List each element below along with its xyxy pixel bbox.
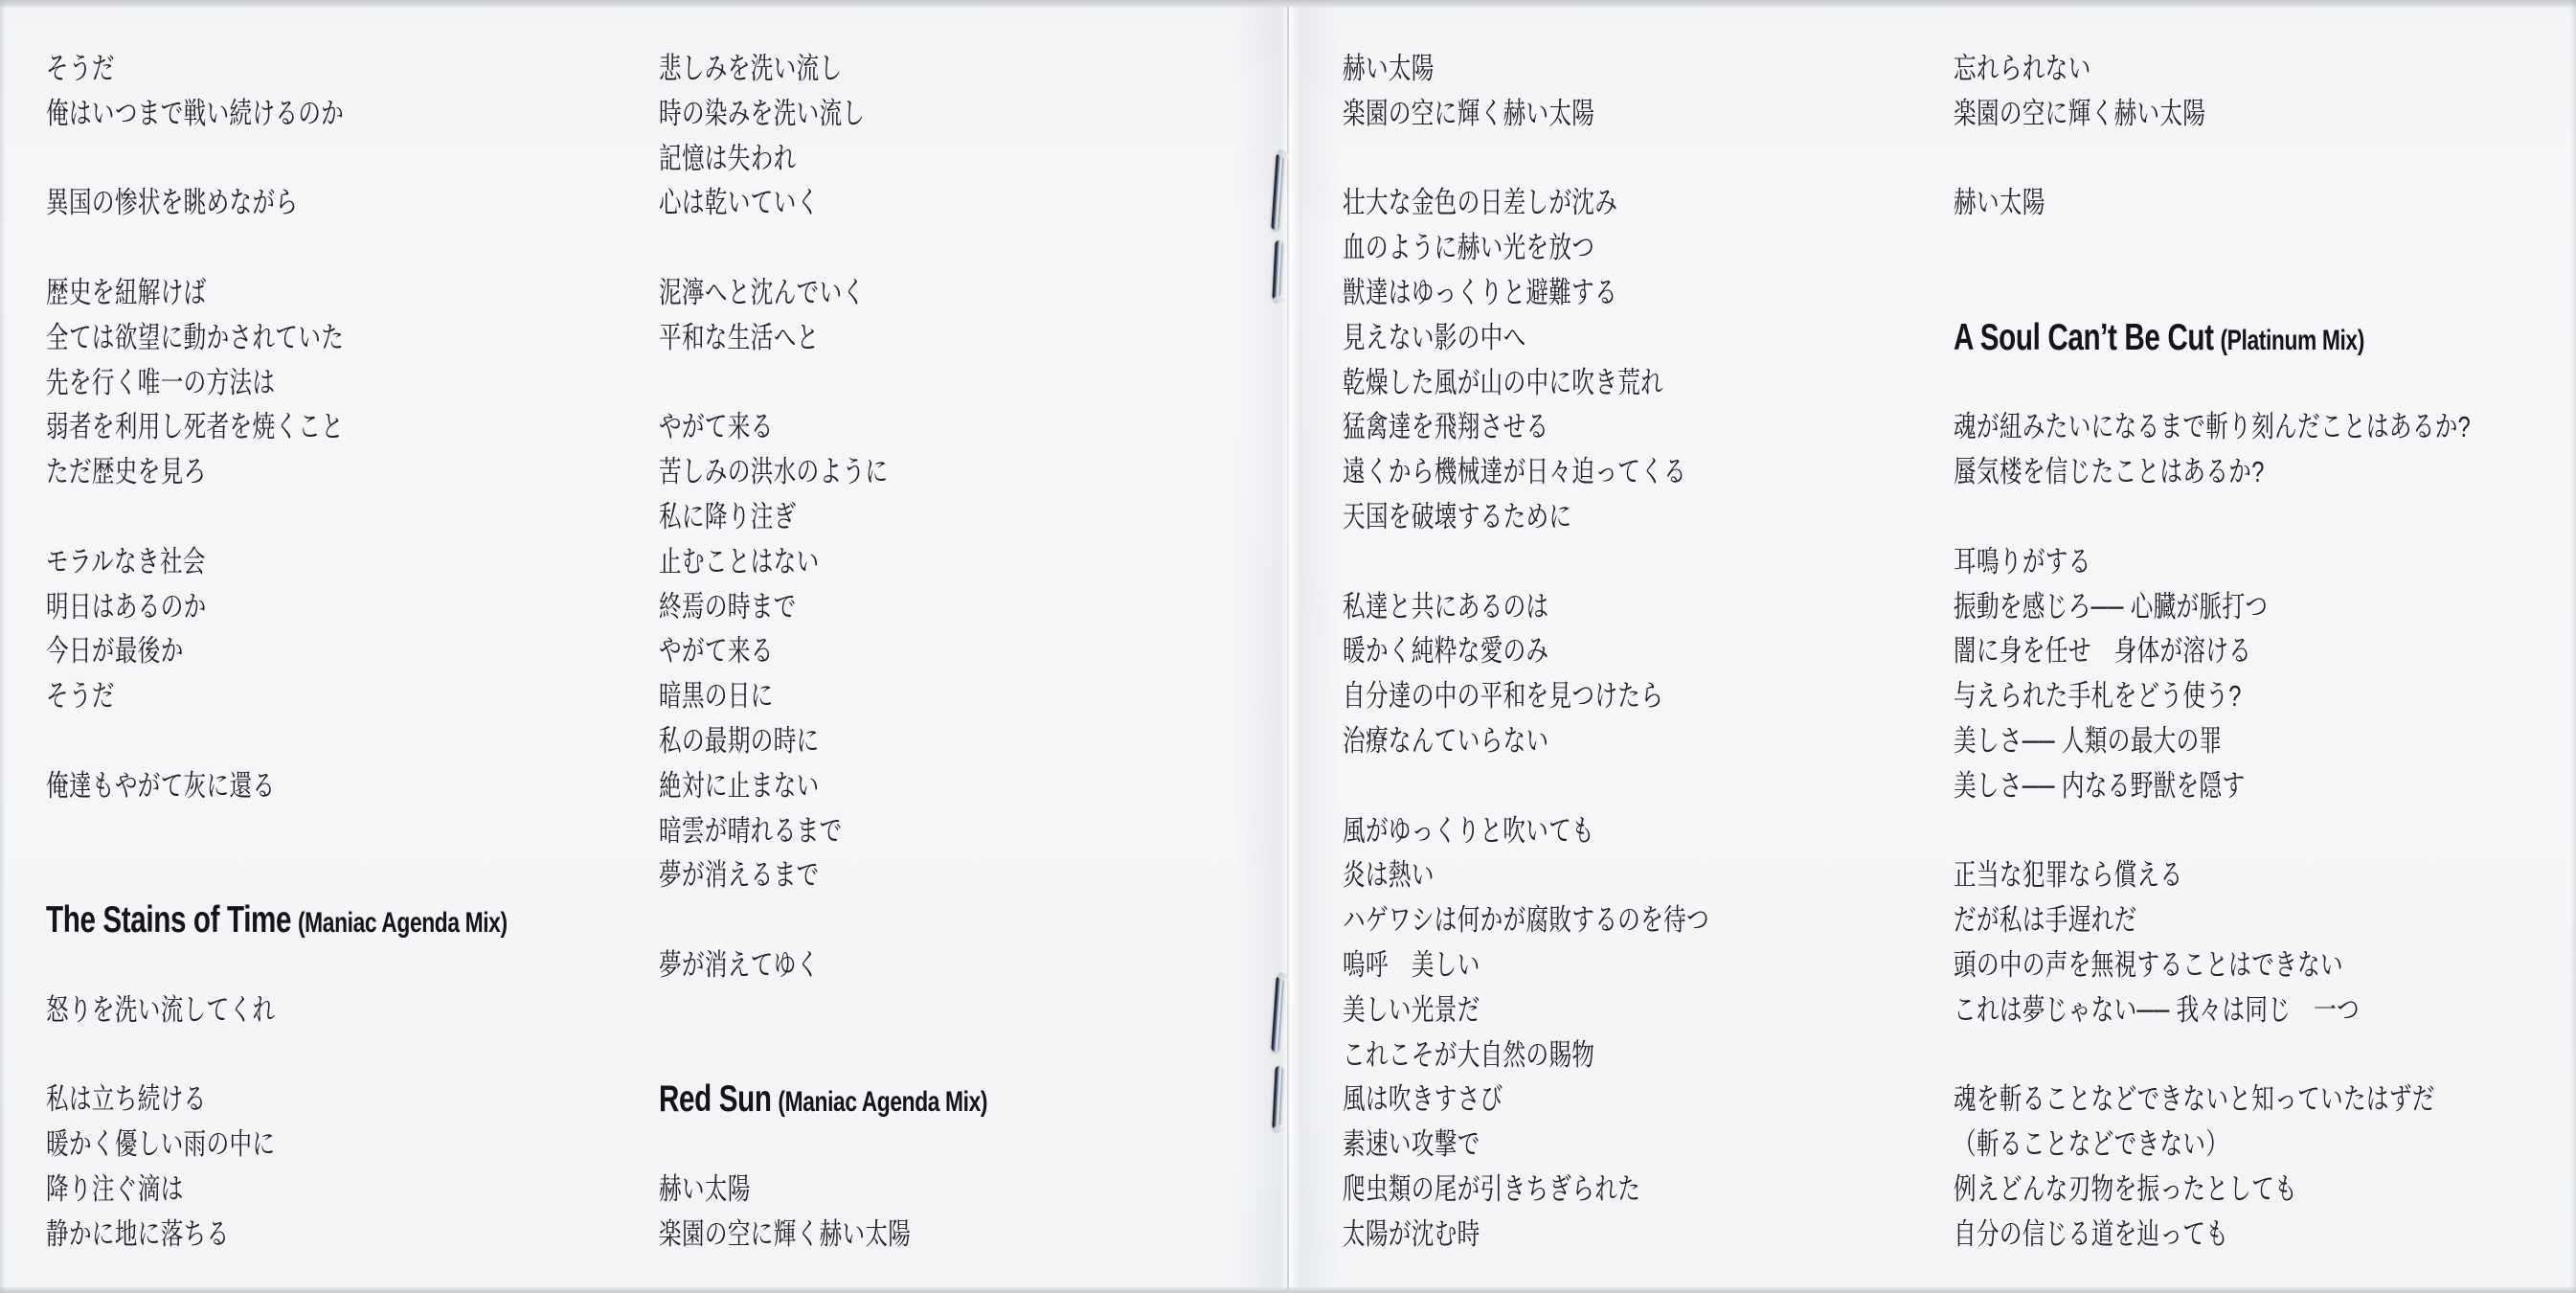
lyric-line: 嗚呼 美しい (1343, 943, 1963, 988)
blank-line (659, 898, 1279, 943)
lyric-line-text: 今日が最後か (46, 629, 184, 674)
lyric-line-text: 例えどんな刃物を振ったとしても (1954, 1168, 2297, 1213)
lyric-line-text: 嗚呼 美しい (1343, 943, 1480, 988)
lyric-line: 怒りを洗い流してくれ (46, 988, 667, 1033)
lyric-line: 私の最期の時に (659, 719, 1279, 764)
lyric-line: 楽園の空に輝く赫い太陽 (1343, 92, 1963, 137)
lyric-line-text: 自分達の中の平和を見つけたら (1343, 674, 1663, 719)
lyric-line-text: 弱者を利用し死者を焼くこと (46, 405, 344, 450)
lyric-line: 暗黒の日に (659, 674, 1279, 719)
lyric-line-text: モラルなき社会 (46, 540, 206, 585)
lyric-line: 振動を感じろ── 心臓が脈打つ (1954, 585, 2574, 630)
lyric-line: 降り注ぐ滴は (46, 1168, 667, 1213)
song-title-text: The Stains of Time(Maniac Agenda Mix) (46, 898, 508, 951)
scan-edge-left (0, 0, 6, 1293)
lyric-line-text: 赫い太陽 (1954, 181, 2045, 226)
lyric-line: 暗雲が晴れるまで (659, 809, 1279, 854)
lyric-line: 静かに地に落ちる (46, 1213, 667, 1258)
lyric-line: 明日はあるのか (46, 585, 667, 630)
lyric-line-text: 赫い太陽 (1343, 47, 1435, 92)
lyric-line-text: 歴史を紐解けば (46, 271, 207, 316)
lyric-line: 自分達の中の平和を見つけたら (1343, 674, 1963, 719)
lyric-line: 魂を斬ることなどできないと知っていたはずだ (1954, 1077, 2574, 1123)
lyric-line-text: 天国を破壊するために (1343, 495, 1571, 540)
song-title-text: Red Sun(Maniac Agenda Mix) (659, 1077, 987, 1130)
lyric-line: 赫い太陽 (1954, 181, 2574, 226)
lyric-line-text: ハゲワシは何かが腐敗するのを待つ (1343, 898, 1709, 943)
blank-line (46, 495, 667, 540)
lyric-line-text: 壮大な金色の日差しが沈み (1343, 181, 1617, 226)
lyric-line-text: 楽園の空に輝く赫い太陽 (1954, 92, 2205, 137)
lyric-line: これこそが大自然の賜物 (1343, 1033, 1963, 1078)
lyric-line-text: 赫い太陽 (659, 1168, 751, 1213)
lyric-line: 乾燥した風が山の中に吹き荒れ (1343, 361, 1963, 406)
lyric-line-text: 俺はいつまで戦い続けるのか (46, 92, 344, 137)
lyric-line-text: 忘れられない (1954, 47, 2091, 92)
lyric-line-text: 与えられた手札をどう使う? (1954, 674, 2242, 719)
lyric-line: （斬ることなどできない） (1954, 1123, 2574, 1168)
lyric-line-text: 爬虫類の尾が引きちぎられた (1343, 1168, 1640, 1213)
lyric-line: 楽園の空に輝く赫い太陽 (1954, 92, 2574, 137)
lyric-line: 悲しみを洗い流し (659, 47, 1279, 92)
lyric-line-text: 心は乾いていく (659, 181, 820, 226)
lyric-line-text: 素速い攻撃で (1343, 1123, 1480, 1168)
lyric-line-text: 暗雲が晴れるまで (659, 809, 843, 854)
lyric-line-text: 自分の信じる道を辿っても (1954, 1213, 2228, 1258)
blank-line (46, 719, 667, 764)
lyric-line: やがて来る (659, 405, 1279, 450)
left-page-column-2: 悲しみを洗い流し時の染みを洗い流し記憶は失われ心は乾いていく泥濘へと沈んでいく平… (659, 47, 1279, 1258)
lyric-line-text: （斬ることなどできない） (1954, 1123, 2228, 1168)
lyric-line-text: 暗黒の日に (659, 674, 774, 719)
lyric-line: 爬虫類の尾が引きちぎられた (1343, 1168, 1963, 1213)
blank-line (1343, 764, 1963, 809)
song-title-mix-suffix: (Maniac Agenda Mix) (298, 907, 508, 939)
lyric-line: 血のように赫い光を放つ (1343, 226, 1963, 271)
lyric-line: ハゲワシは何かが腐敗するのを待つ (1343, 898, 1963, 943)
lyric-line: 壮大な金色の日差しが沈み (1343, 181, 1963, 226)
lyric-line: 獣達はゆっくりと避難する (1343, 271, 1963, 316)
lyric-line: やがて来る (659, 629, 1279, 674)
lyric-line: 夢が消えるまで (659, 853, 1279, 898)
lyric-line-text: そうだ (46, 674, 115, 719)
lyric-line-text: 風は吹きすさび (1343, 1077, 1503, 1123)
lyric-line-text: 美しさ── 内なる野獣を隠す (1954, 764, 2245, 809)
lyric-line: 止むことはない (659, 540, 1279, 585)
blank-line (46, 1033, 667, 1078)
lyric-line: 忘れられない (1954, 47, 2574, 92)
lyric-line-text: 猛禽達を飛翔させる (1343, 405, 1548, 450)
lyric-line: 歴史を紐解けば (46, 271, 667, 316)
lyric-line-text: 記憶は失われ (659, 137, 797, 182)
lyric-line-text: 平和な生活へと (659, 316, 820, 361)
lyric-line: 与えられた手札をどう使う? (1954, 674, 2574, 719)
lyric-line-text: 闇に身を任せ 身体が溶ける (1954, 629, 2251, 674)
lyric-line: だが私は手遅れだ (1954, 898, 2574, 943)
blank-line (46, 137, 667, 182)
lyric-line-text: 私の最期の時に (659, 719, 820, 764)
lyric-line: 異国の惨状を眺めながら (46, 181, 667, 226)
song-title-text: A Soul Can’t Be Cut(Platinum Mix) (1954, 316, 2364, 369)
left-page-column-1: そうだ俺はいつまで戦い続けるのか異国の惨状を眺めながら歴史を紐解けば全ては欲望に… (46, 47, 667, 1258)
lyric-line-text: 風がゆっくりと吹いても (1343, 809, 1594, 854)
lyric-line: 遠くから機械達が日々迫ってくる (1343, 450, 1963, 495)
lyric-line: 暖かく優しい雨の中に (46, 1123, 667, 1168)
lyric-line: 私は立ち続ける (46, 1077, 667, 1123)
lyric-line: 苦しみの洪水のように (659, 450, 1279, 495)
lyric-line-text: 夢が消えてゆく (659, 943, 820, 988)
lyric-line: ただ歴史を見ろ (46, 450, 667, 495)
song-title-mix-suffix: (Maniac Agenda Mix) (778, 1086, 987, 1118)
lyric-line-text: 先を行く唯一の方法は (46, 361, 275, 406)
blank-line (46, 853, 667, 898)
song-title: Red Sun(Maniac Agenda Mix) (659, 1077, 1279, 1123)
lyric-line-text: 正当な犯罪なら償える (1954, 853, 2182, 898)
lyric-line: 自分の信じる道を辿っても (1954, 1213, 2574, 1258)
lyric-line: 俺はいつまで戦い続けるのか (46, 92, 667, 137)
song-title-main: Red Sun (659, 1078, 772, 1120)
lyric-line-text: 頭の中の声を無視することはできない (1954, 943, 2343, 988)
lyric-line-text: これは夢じゃない── 我々は同じ 一つ (1954, 988, 2360, 1033)
blank-line (659, 988, 1279, 1033)
lyric-line-text: 夢が消えるまで (659, 853, 820, 898)
lyric-line-text: 悲しみを洗い流し (659, 47, 843, 92)
lyric-line: 記憶は失われ (659, 137, 1279, 182)
song-title-main: A Soul Can’t Be Cut (1954, 317, 2214, 358)
blank-line (1343, 540, 1963, 585)
lyric-line-text: 私に降り注ぎ (659, 495, 797, 540)
blank-line (1954, 271, 2574, 316)
song-title: A Soul Can’t Be Cut(Platinum Mix) (1954, 316, 2574, 361)
blank-line (659, 226, 1279, 271)
lyric-line: 全ては欲望に動かされていた (46, 316, 667, 361)
lyric-line: 猛禽達を飛翔させる (1343, 405, 1963, 450)
lyric-line-text: これこそが大自然の賜物 (1343, 1033, 1594, 1078)
lyric-line-text: 耳鳴りがする (1954, 540, 2091, 585)
lyric-line-text: 時の染みを洗い流し (659, 92, 865, 137)
lyric-line: 美しさ── 人類の最大の罪 (1954, 719, 2574, 764)
lyric-line-text: 見えない影の中へ (1343, 316, 1526, 361)
lyric-line: 心は乾いていく (659, 181, 1279, 226)
lyric-line-text: やがて来る (659, 629, 774, 674)
lyric-line-text: 私は立ち続ける (46, 1077, 207, 1123)
lyric-line: モラルなき社会 (46, 540, 667, 585)
lyric-line-text: 絶対に止まない (659, 764, 820, 809)
lyric-line: そうだ (46, 674, 667, 719)
lyric-line: 風がゆっくりと吹いても (1343, 809, 1963, 854)
lyric-line-text: ただ歴史を見ろ (46, 450, 207, 495)
lyric-line: 見えない影の中へ (1343, 316, 1963, 361)
lyric-line-text: 楽園の空に輝く赫い太陽 (659, 1213, 911, 1258)
lyric-line: 美しい光景だ (1343, 988, 1963, 1033)
lyric-line-text: 治療なんていらない (1343, 719, 1548, 764)
lyric-line-text: 俺達もやがて灰に還る (46, 764, 275, 809)
lyric-line-text: 血のように赫い光を放つ (1343, 226, 1594, 271)
lyric-line-text: 止むことはない (659, 540, 820, 585)
lyric-line: 暖かく純粋な愛のみ (1343, 629, 1963, 674)
blank-line (1954, 226, 2574, 271)
lyric-line: 今日が最後か (46, 629, 667, 674)
song-title-mix-suffix: (Platinum Mix) (2220, 325, 2363, 356)
lyric-line: 例えどんな刃物を振ったとしても (1954, 1168, 2574, 1213)
song-title: The Stains of Time(Maniac Agenda Mix) (46, 898, 667, 943)
scan-edge-bottom (0, 1286, 2576, 1293)
lyric-line-text: 泥濘へと沈んでいく (659, 271, 865, 316)
lyric-line: 時の染みを洗い流し (659, 92, 1279, 137)
scan-edge-right (2570, 0, 2576, 1293)
lyric-line: 私達と共にあるのは (1343, 585, 1963, 630)
lyric-line-text: 太陽が沈む時 (1343, 1213, 1480, 1258)
scan-edge-top (0, 0, 2576, 9)
lyric-line: 闇に身を任せ 身体が溶ける (1954, 629, 2574, 674)
lyric-line-text: 楽園の空に輝く赫い太陽 (1343, 92, 1594, 137)
lyric-line: 魂が紐みたいになるまで斬り刻んだことはあるか? (1954, 405, 2574, 450)
lyric-line-text: 獣達はゆっくりと避難する (1343, 271, 1617, 316)
lyric-line: 絶対に止まない (659, 764, 1279, 809)
lyric-line: 風は吹きすさび (1343, 1077, 1963, 1123)
booklet-spread-scan: そうだ俺はいつまで戦い続けるのか異国の惨状を眺めながら歴史を紐解けば全ては欲望に… (0, 0, 2576, 1293)
blank-line (46, 809, 667, 854)
lyric-line: 天国を破壊するために (1343, 495, 1963, 540)
lyric-line: 治療なんていらない (1343, 719, 1963, 764)
lyric-line-text: 炎は熱い (1343, 853, 1435, 898)
lyric-line-text: 私達と共にあるのは (1343, 585, 1548, 630)
blank-line (659, 361, 1279, 406)
lyric-line: 赫い太陽 (1343, 47, 1963, 92)
lyric-line: 弱者を利用し死者を焼くこと (46, 405, 667, 450)
blank-line (1954, 137, 2574, 182)
lyric-line: 素速い攻撃で (1343, 1123, 1963, 1168)
lyric-line-text: 静かに地に落ちる (46, 1213, 230, 1258)
lyric-line: 夢が消えてゆく (659, 943, 1279, 988)
lyric-line: 赫い太陽 (659, 1168, 1279, 1213)
lyric-line: 太陽が沈む時 (1343, 1213, 1963, 1258)
lyric-line: 終焉の時まで (659, 585, 1279, 630)
lyric-line: これは夢じゃない── 我々は同じ 一つ (1954, 988, 2574, 1033)
blank-line (1954, 809, 2574, 854)
lyric-line: 頭の中の声を無視することはできない (1954, 943, 2574, 988)
lyric-line-text: 降り注ぐ滴は (46, 1168, 184, 1213)
lyric-line-text: 蜃気楼を信じたことはあるか? (1954, 450, 2265, 495)
lyric-line-text: 異国の惨状を眺めながら (46, 181, 298, 226)
lyric-line: そうだ (46, 47, 667, 92)
lyric-line-text: 暖かく純粋な愛のみ (1343, 629, 1548, 674)
lyric-line: 泥濘へと沈んでいく (659, 271, 1279, 316)
lyric-line: 美しさ── 内なる野獣を隠す (1954, 764, 2574, 809)
blank-line (659, 1033, 1279, 1078)
lyric-line: 先を行く唯一の方法は (46, 361, 667, 406)
lyric-line: 平和な生活へと (659, 316, 1279, 361)
blank-line (46, 226, 667, 271)
blank-line (1954, 1033, 2574, 1078)
lyric-line-text: 魂を斬ることなどできないと知っていたはずだ (1954, 1077, 2435, 1123)
blank-line (1954, 495, 2574, 540)
right-page-column-2: 忘れられない楽園の空に輝く赫い太陽赫い太陽A Soul Can’t Be Cut… (1954, 47, 2574, 1258)
lyric-line-text: 怒りを洗い流してくれ (46, 988, 275, 1033)
lyric-line-text: やがて来る (659, 405, 774, 450)
right-page-column-1: 赫い太陽楽園の空に輝く赫い太陽壮大な金色の日差しが沈み血のように赫い光を放つ獣達… (1343, 47, 1963, 1258)
lyric-line-text: 苦しみの洪水のように (659, 450, 888, 495)
lyric-line-text: 終焉の時まで (659, 585, 797, 630)
lyric-line-text: 振動を感じろ── 心臓が脈打つ (1954, 585, 2268, 630)
lyric-line: 耳鳴りがする (1954, 540, 2574, 585)
lyric-line-text: そうだ (46, 47, 115, 92)
lyric-line: 楽園の空に輝く赫い太陽 (659, 1213, 1279, 1258)
lyric-line: 正当な犯罪なら償える (1954, 853, 2574, 898)
lyric-line-text: 乾燥した風が山の中に吹き荒れ (1343, 361, 1663, 406)
lyric-line-text: 暖かく優しい雨の中に (46, 1123, 275, 1168)
lyric-line-text: 美しい光景だ (1343, 988, 1480, 1033)
song-title-main: The Stains of Time (46, 899, 291, 941)
lyric-line-text: 全ては欲望に動かされていた (46, 316, 344, 361)
lyric-line: 俺達もやがて灰に還る (46, 764, 667, 809)
lyric-line-text: 美しさ── 人類の最大の罪 (1954, 719, 2222, 764)
lyric-line-text: 遠くから機械達が日々迫ってくる (1343, 450, 1686, 495)
lyric-line-text: 魂が紐みたいになるまで斬り刻んだことはあるか? (1954, 405, 2471, 450)
lyric-line: 蜃気楼を信じたことはあるか? (1954, 450, 2574, 495)
lyric-line-text: だが私は手遅れだ (1954, 898, 2137, 943)
lyric-line: 私に降り注ぎ (659, 495, 1279, 540)
blank-line (1343, 137, 1963, 182)
lyric-line-text: 明日はあるのか (46, 585, 207, 630)
lyric-line: 炎は熱い (1343, 853, 1963, 898)
